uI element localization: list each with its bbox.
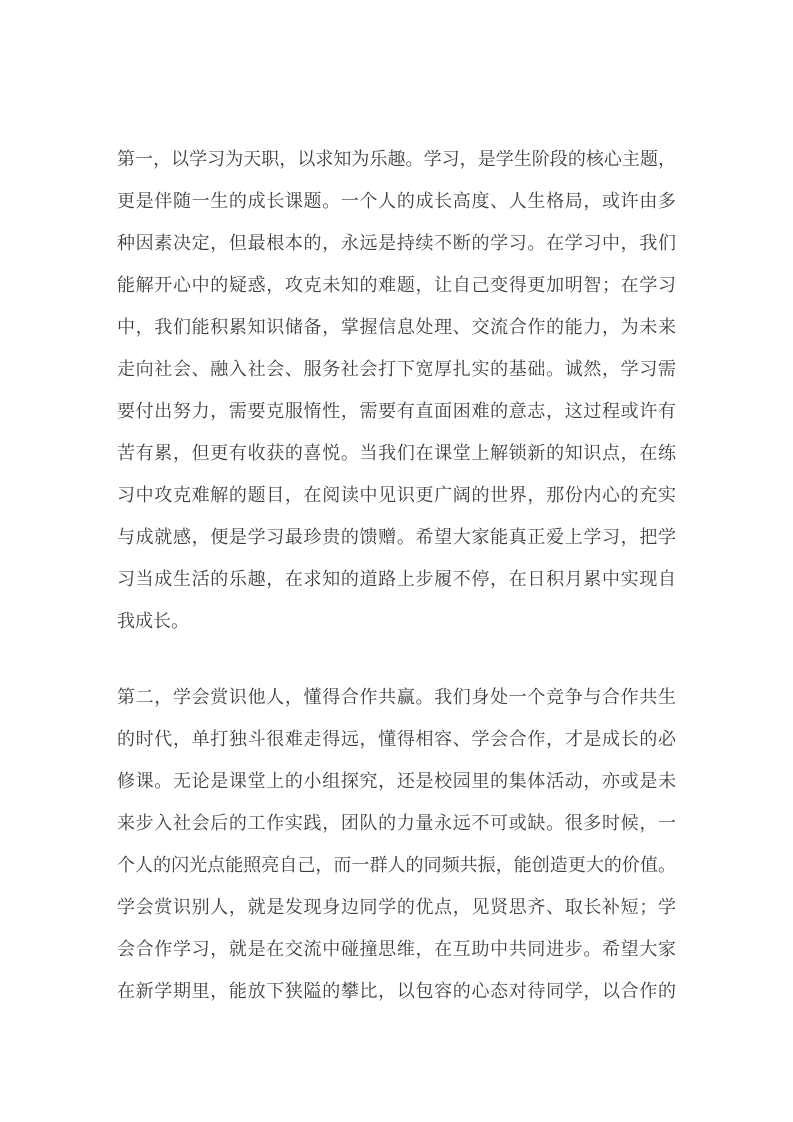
text-line: 中，我们能积累知识储备，掌握信息处理、交流合作的能力，为未来 bbox=[117, 306, 676, 348]
text-line: 的时代，单打独斗很难走得远，懂得相容、学会合作，才是成长的必 bbox=[117, 718, 676, 760]
text-line: 苦有累，但更有收获的喜悦。当我们在课堂上解锁新的知识点，在练 bbox=[117, 432, 676, 474]
text-line: 学会赏识别人，就是发现身边同学的优点，见贤思齐、取长补短；学 bbox=[117, 886, 676, 928]
text-line: 种因素决定，但最根本的，永远是持续不断的学习。在学习中，我们 bbox=[117, 222, 676, 264]
text-line: 我成长。 bbox=[117, 600, 676, 642]
text-line: 习中攻克难解的题目，在阅读中见识更广阔的世界，那份内心的充实 bbox=[117, 474, 676, 516]
paragraph-2: 第二，学会赏识他人，懂得合作共赢。我们身处一个竞争与合作共生 的时代，单打独斗很… bbox=[117, 676, 676, 1012]
text-line: 第一，以学习为天职，以求知为乐趣。学习，是学生阶段的核心主题， bbox=[117, 138, 676, 180]
text-line: 在新学期里，能放下狭隘的攀比，以包容的心态对待同学，以合作的 bbox=[117, 970, 676, 1012]
text-line: 习当成生活的乐趣，在求知的道路上步履不停，在日积月累中实现自 bbox=[117, 558, 676, 600]
text-line: 修课。无论是课堂上的小组探究，还是校园里的集体活动，亦或是未 bbox=[117, 760, 676, 802]
text-line: 个人的闪光点能照亮自己，而一群人的同频共振，能创造更大的价值。 bbox=[117, 844, 676, 886]
text-line: 与成就感，便是学习最珍贵的馈赠。希望大家能真正爱上学习，把学 bbox=[117, 516, 676, 558]
text-line: 要付出努力，需要克服惰性，需要有直面困难的意志，这过程或许有 bbox=[117, 390, 676, 432]
document-page: 第一，以学习为天职，以求知为乐趣。学习，是学生阶段的核心主题， 更是伴随一生的成… bbox=[0, 0, 793, 1122]
text-line: 走向社会、融入社会、服务社会打下宽厚扎实的基础。诚然，学习需 bbox=[117, 348, 676, 390]
text-line: 来步入社会后的工作实践，团队的力量永远不可或缺。很多时候，一 bbox=[117, 802, 676, 844]
text-line: 会合作学习，就是在交流中碰撞思维，在互助中共同进步。希望大家 bbox=[117, 928, 676, 970]
paragraph-1: 第一，以学习为天职，以求知为乐趣。学习，是学生阶段的核心主题， 更是伴随一生的成… bbox=[117, 138, 676, 642]
text-line: 能解开心中的疑惑，攻克未知的难题，让自己变得更加明智；在学习 bbox=[117, 264, 676, 306]
text-line: 更是伴随一生的成长课题。一个人的成长高度、人生格局，或许由多 bbox=[117, 180, 676, 222]
text-line: 第二，学会赏识他人，懂得合作共赢。我们身处一个竞争与合作共生 bbox=[117, 676, 676, 718]
